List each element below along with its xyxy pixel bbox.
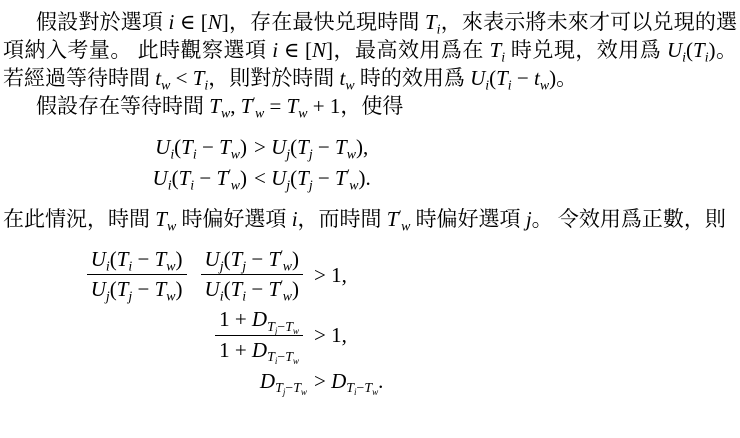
- equation-line: Ui(Ti − Tw)> Uj(Tj − Tw),: [3, 132, 737, 162]
- inline-math: Ti: [490, 38, 506, 62]
- para-setup: 假設對於選項 i ∈ [N]，存在最快兑現時間 Ti，來表示將未來才可以兑現的選…: [3, 8, 737, 92]
- equation-rhs: > Uj(Tj − Tw),: [254, 132, 368, 162]
- inline-math: < Uj(Tj − T′w).: [254, 163, 371, 193]
- equation-rhs: > 1,: [314, 260, 347, 290]
- inline-math: i: [292, 207, 298, 231]
- para-waiting-times: 假設存在等待時間 Tw, T′w = Tw + 1，使得: [3, 92, 737, 120]
- equation-lhs: Ui(Ti − Tw)Uj(Tj − Tw)Uj(Tj − T′w)Ui(Ti …: [3, 245, 307, 304]
- fraction: Uj(Tj − T′w)Ui(Ti − T′w): [201, 245, 303, 304]
- fraction: Ui(Ti − Tw)Uj(Tj − Tw): [87, 245, 187, 304]
- equation-rhs: > 1,: [314, 320, 347, 350]
- fraction-numerator: 1 + DTj−Tw: [215, 305, 303, 334]
- equation-rhs: > DTi−Tw.: [314, 366, 383, 396]
- equation-line: 1 + DTj−Tw1 + DTi−Tw> 1,: [3, 305, 737, 364]
- inline-math: > 1,: [314, 260, 347, 290]
- equation-lhs: DTj−Tw: [3, 366, 307, 396]
- inline-math: > DTi−Tw.: [314, 366, 383, 396]
- inline-math: Ui(Ti): [667, 38, 716, 62]
- document-page: 假設對於選項 i ∈ [N]，存在最快兑現時間 Ti，來表示將未來才可以兑現的選…: [0, 0, 740, 438]
- fraction-denominator: Ui(Ti − T′w): [201, 274, 303, 304]
- equation-block-preference: Ui(Ti − Tw)> Uj(Tj − Tw),Ui(Ti − T′w)< U…: [3, 132, 737, 193]
- inline-math: Ui(Ti − Tw): [155, 132, 247, 162]
- equation-block-discount: Ui(Ti − Tw)Uj(Tj − Tw)Uj(Tj − T′w)Ui(Ti …: [3, 245, 737, 396]
- inline-math: > Uj(Tj − Tw),: [254, 132, 368, 162]
- fraction: 1 + DTj−Tw1 + DTi−Tw: [215, 305, 303, 364]
- equation-line: Ui(Ti − T′w)< Uj(Tj − T′w).: [3, 163, 737, 193]
- spacer: [191, 274, 197, 275]
- inline-math: tw < Ti: [155, 66, 208, 90]
- inline-math: i ∈ [N]: [272, 38, 333, 62]
- equation-line: DTj−Tw> DTi−Tw.: [3, 366, 737, 396]
- para-reversal: 在此情況，時間 Tw 時偏好選項 i，而時間 T′w 時偏好選項 j。 令效用爲…: [3, 205, 737, 233]
- equation-lhs: Ui(Ti − T′w): [3, 163, 247, 193]
- equation-rhs: < Uj(Tj − T′w).: [254, 163, 371, 193]
- fraction-numerator: Uj(Tj − T′w): [201, 245, 303, 274]
- inline-math: DTj−Tw: [260, 366, 307, 396]
- inline-math: j: [526, 207, 532, 231]
- inline-math: Ui(Ti − T′w): [153, 163, 247, 193]
- equation-line: Ui(Ti − Tw)Uj(Tj − Tw)Uj(Tj − T′w)Ui(Ti …: [3, 245, 737, 304]
- fraction-denominator: 1 + DTi−Tw: [215, 335, 303, 365]
- inline-math: Tw, T′w = Tw + 1: [209, 94, 340, 118]
- equation-lhs: Ui(Ti − Tw): [3, 132, 247, 162]
- inline-math: tw: [339, 66, 354, 90]
- inline-math: i ∈ [N]: [169, 10, 229, 34]
- inline-math: T′w: [387, 207, 411, 231]
- inline-math: Tw: [155, 207, 176, 231]
- fraction-denominator: Uj(Tj − Tw): [87, 274, 187, 304]
- equation-lhs: 1 + DTj−Tw1 + DTi−Tw: [3, 305, 307, 364]
- inline-math: Ui(Ti − tw): [470, 66, 556, 90]
- fraction-numerator: Ui(Ti − Tw): [87, 245, 187, 274]
- inline-math: > 1,: [314, 320, 347, 350]
- inline-math: Ti: [425, 10, 441, 34]
